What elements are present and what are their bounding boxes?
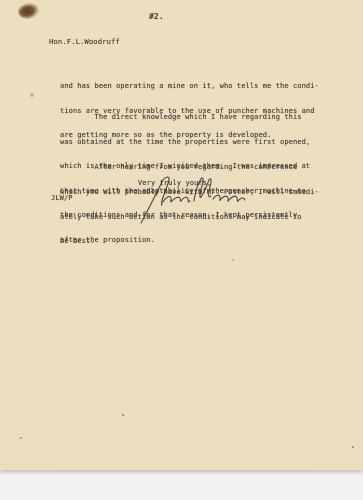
- letter-line: and has been operating a mine on it, who…: [60, 82, 319, 90]
- paper-spot: [29, 92, 35, 98]
- letter-paper: #2. Hon.F.L.Woodruff and has been operat…: [0, 0, 363, 470]
- signature-ink: [126, 168, 248, 232]
- reference-initials: JLW/P: [51, 194, 73, 202]
- ink-stain: [16, 1, 40, 22]
- addressee-line: Hon.F.L.Woodruff: [49, 38, 120, 46]
- scanned-letter-page: { "colors": { "paper": "#ecdfc0", "ink":…: [0, 0, 363, 500]
- letter-line: The direct knowledge which I have regard…: [60, 113, 310, 121]
- letter-line: be best.: [60, 237, 319, 245]
- paper-speck: [20, 437, 22, 439]
- signature: [126, 168, 248, 232]
- paper-speck: [352, 446, 354, 448]
- page-number: #2.: [149, 13, 164, 21]
- paper-speck: [122, 414, 124, 416]
- letter-line: was obtained at the time the properties …: [60, 138, 310, 146]
